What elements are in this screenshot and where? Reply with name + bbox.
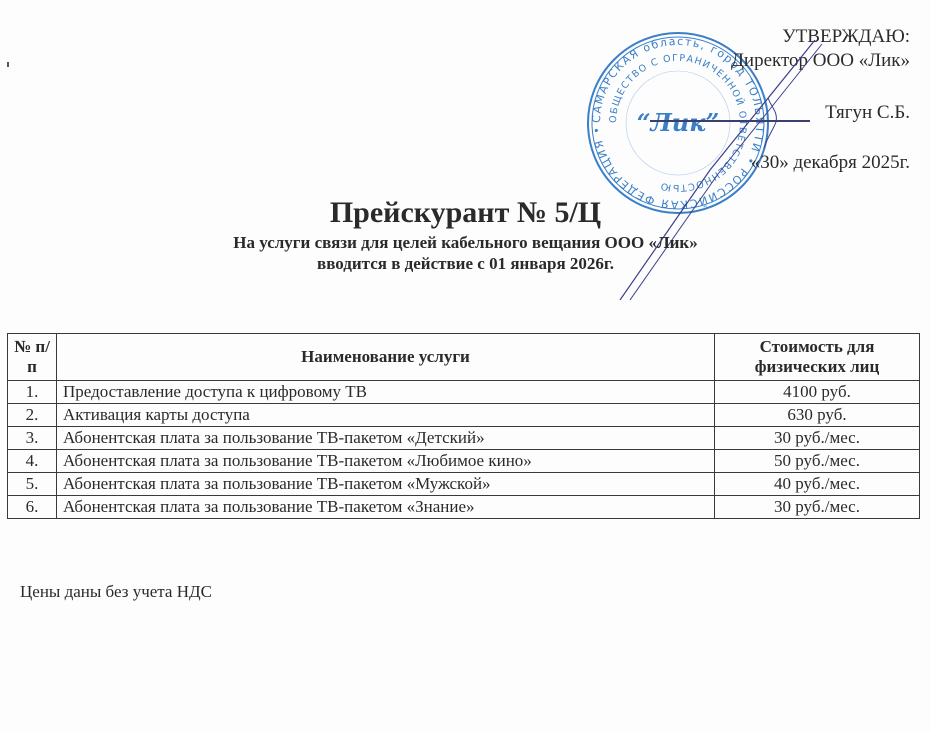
effective-date: вводится в действие с 01 января 2026г. [0, 254, 931, 274]
approval-position: Директор ООО «Лик» [731, 49, 910, 73]
column-header-number: № п/п [8, 334, 57, 381]
service-price: 630 руб. [715, 404, 920, 427]
signatory-name: Тягун С.Б. [825, 102, 910, 124]
row-number: 6. [8, 496, 57, 519]
service-name: Предоставление доступа к цифровому ТВ [57, 381, 715, 404]
service-name: Активация карты доступа [57, 404, 715, 427]
signature-line [650, 120, 810, 122]
table-row: 6.Абонентская плата за пользование ТВ-па… [8, 496, 920, 519]
row-number: 3. [8, 427, 57, 450]
service-name: Абонентская плата за пользование ТВ-паке… [57, 427, 715, 450]
approval-date: «30» декабря 2025г. [751, 152, 910, 174]
service-price: 4100 руб. [715, 381, 920, 404]
service-name: Абонентская плата за пользование ТВ-паке… [57, 473, 715, 496]
service-price: 40 руб./мес. [715, 473, 920, 496]
column-header-service: Наименование услуги [57, 334, 715, 381]
stamp-center-text: “Лик” [637, 108, 720, 137]
table-row: 4.Абонентская плата за пользование ТВ-па… [8, 450, 920, 473]
column-header-price: Стоимость для физических лиц [715, 334, 920, 381]
table-header-row: № п/п Наименование услуги Стоимость для … [8, 334, 920, 381]
service-price: 50 руб./мес. [715, 450, 920, 473]
service-price: 30 руб./мес. [715, 496, 920, 519]
row-number: 4. [8, 450, 57, 473]
document-title: Прейскурант № 5/Ц [0, 196, 931, 230]
approval-heading: УТВЕРЖДАЮ: [782, 25, 910, 49]
service-price: 30 руб./мес. [715, 427, 920, 450]
row-number: 1. [8, 381, 57, 404]
table-row: 3.Абонентская плата за пользование ТВ-па… [8, 427, 920, 450]
service-name: Абонентская плата за пользование ТВ-паке… [57, 496, 715, 519]
price-table: № п/п Наименование услуги Стоимость для … [7, 333, 920, 519]
row-number: 2. [8, 404, 57, 427]
table-row: 5.Абонентская плата за пользование ТВ-па… [8, 473, 920, 496]
scan-speck [7, 62, 9, 67]
approval-block: УТВЕРЖДАЮ: Директор ООО «Лик» [650, 25, 910, 85]
row-number: 5. [8, 473, 57, 496]
table-row: 2.Активация карты доступа630 руб. [8, 404, 920, 427]
table-row: 1.Предоставление доступа к цифровому ТВ4… [8, 381, 920, 404]
vat-note: Цены даны без учета НДС [20, 582, 212, 602]
service-name: Абонентская плата за пользование ТВ-паке… [57, 450, 715, 473]
document-subtitle: На услуги связи для целей кабельного вещ… [0, 233, 931, 253]
